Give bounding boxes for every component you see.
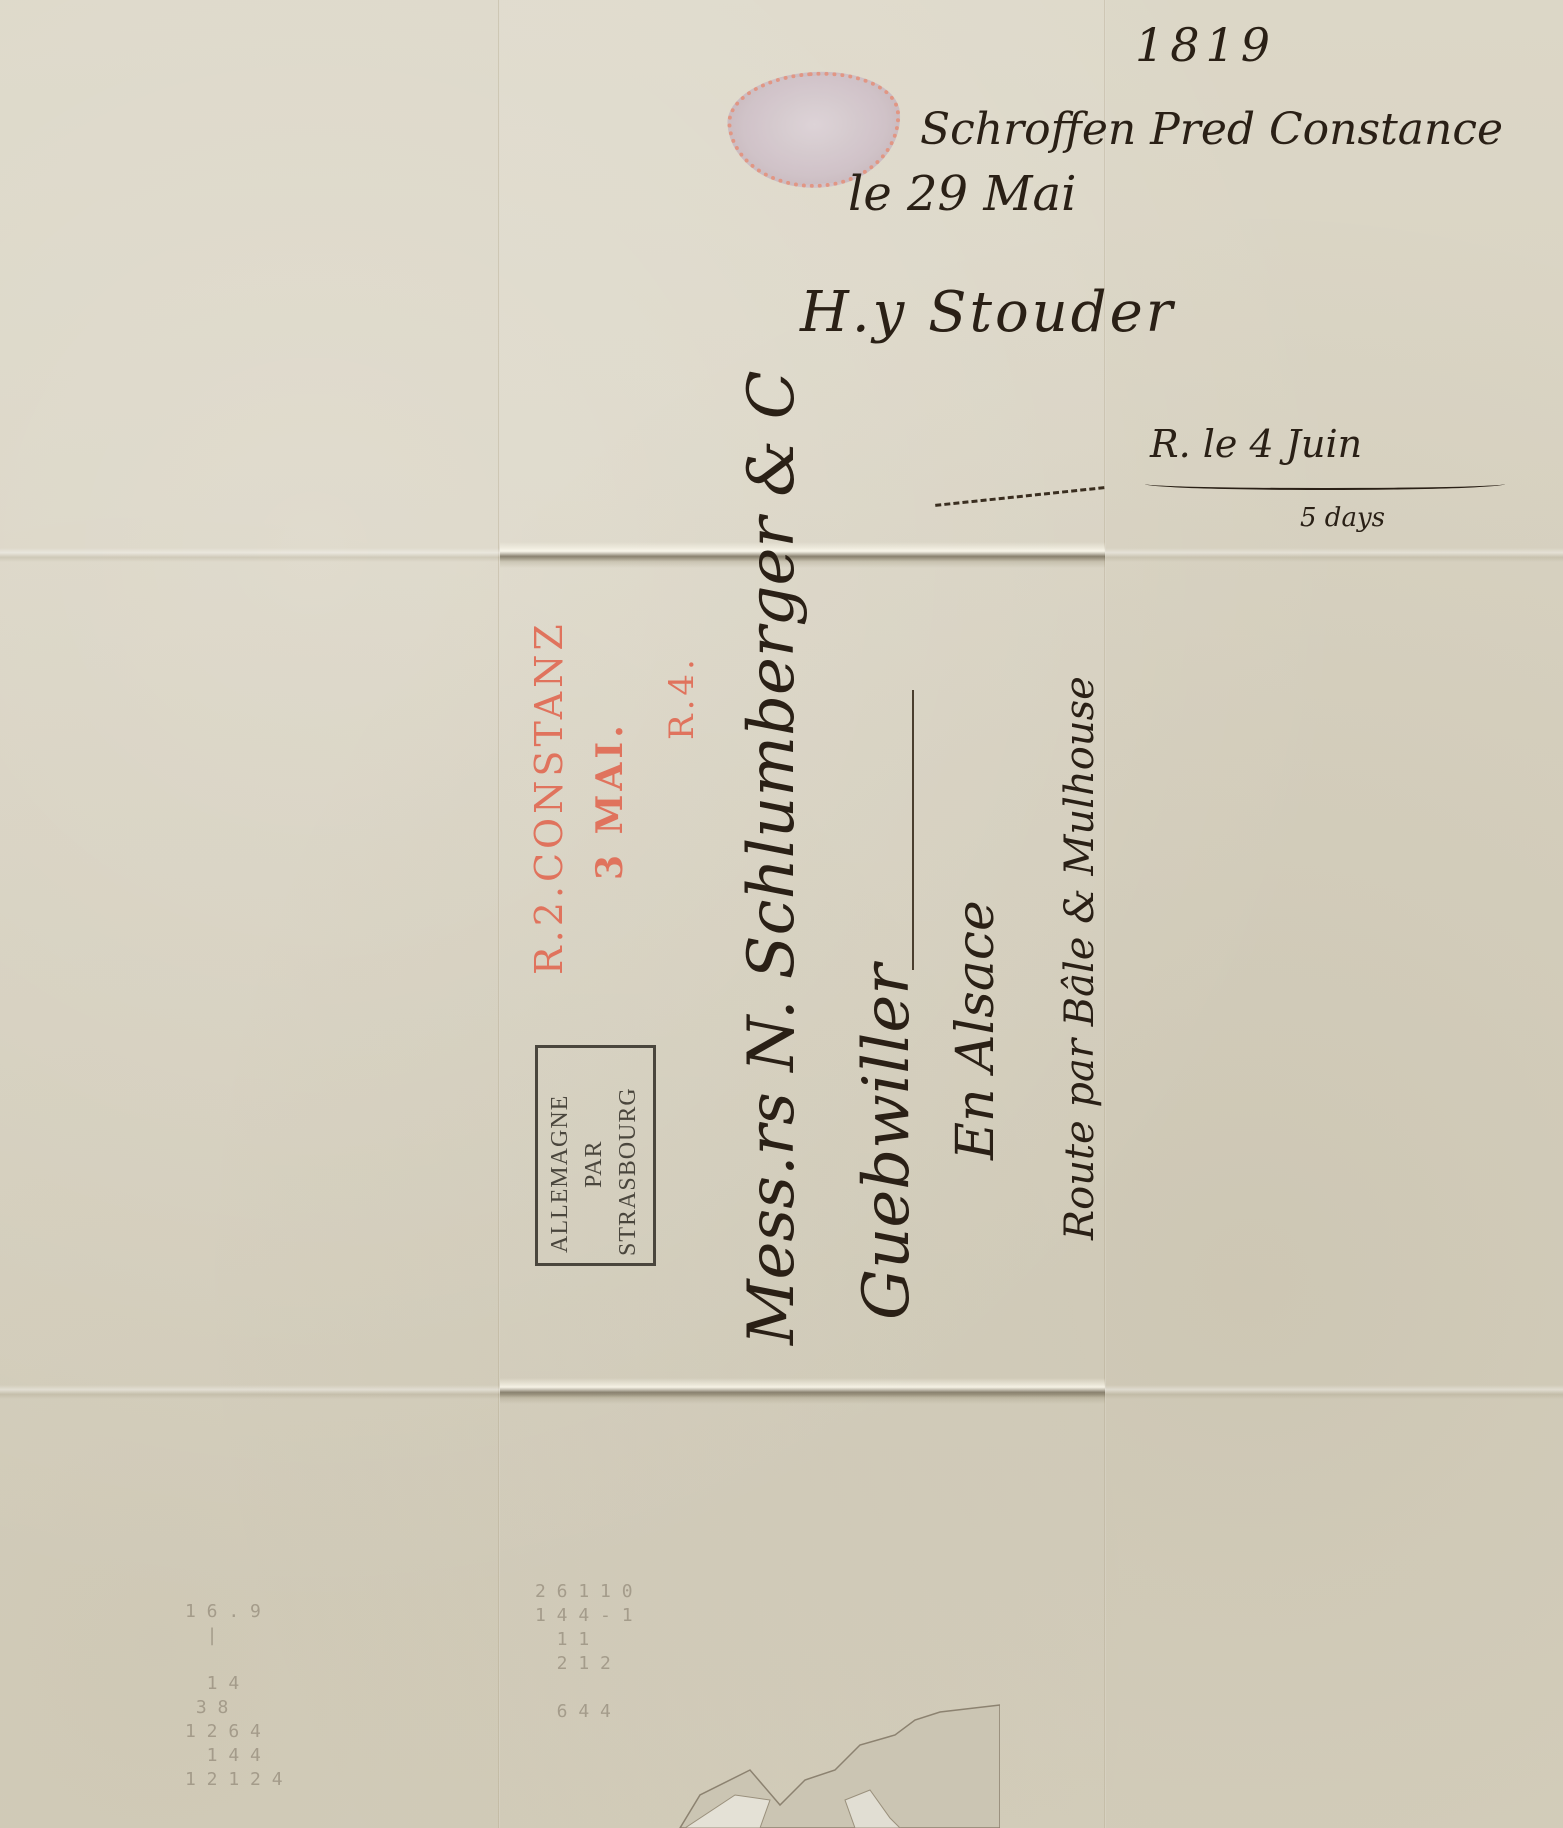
ink-offset-right: 2 6 1 1 0 1 4 4 - 1 1 1 2 1 2 6 4 4 <box>535 1580 633 1724</box>
box-stamp-line-1: ALLEMAGNE <box>548 1095 572 1253</box>
docket-date: le 29 Mai <box>848 170 1076 218</box>
postmark-date: 3 MAI. <box>592 721 628 880</box>
postmark-transit: R.4. <box>665 655 699 740</box>
postmark-constanz: R.2.CONSTANZ <box>530 620 568 975</box>
address-rule <box>912 690 914 970</box>
address-route: Route par Bâle & Mulhouse <box>1060 676 1100 1240</box>
received-flourish <box>1145 478 1505 490</box>
vertical-fold-left <box>498 0 500 1828</box>
docket-received: R. le 4 Juin <box>1150 425 1362 463</box>
address-town: Guebwiller <box>855 964 919 1320</box>
docket-place: Schroffen Pred Constance <box>920 108 1503 152</box>
entry-box-stamp: ALLEMAGNE PAR STRASBOURG <box>535 1045 656 1266</box>
ink-offset-left: 1 6 . 9 | 1 4 3 8 1 2 6 4 1 4 4 1 2 1 2 … <box>185 1600 283 1792</box>
docket-year: 1819 <box>1135 22 1276 68</box>
docket-sender: H.y Stouder <box>800 285 1175 341</box>
box-stamp-line-2: PAR <box>582 1141 606 1188</box>
address-name: Mess.rs N. Schlumberger & C <box>740 370 804 1345</box>
docket-transit-days: 5 days <box>1300 505 1385 531</box>
box-stamp-line-3: STRASBOURG <box>616 1087 640 1256</box>
vertical-fold-right <box>1104 0 1106 1828</box>
letter-sheet: 1819 Schroffen Pred Constance le 29 Mai … <box>0 0 1563 1828</box>
address-region: En Alsace <box>950 900 1002 1160</box>
paper-tear-icon <box>640 1700 1000 1828</box>
fold-edge-bottom <box>500 1378 1105 1404</box>
